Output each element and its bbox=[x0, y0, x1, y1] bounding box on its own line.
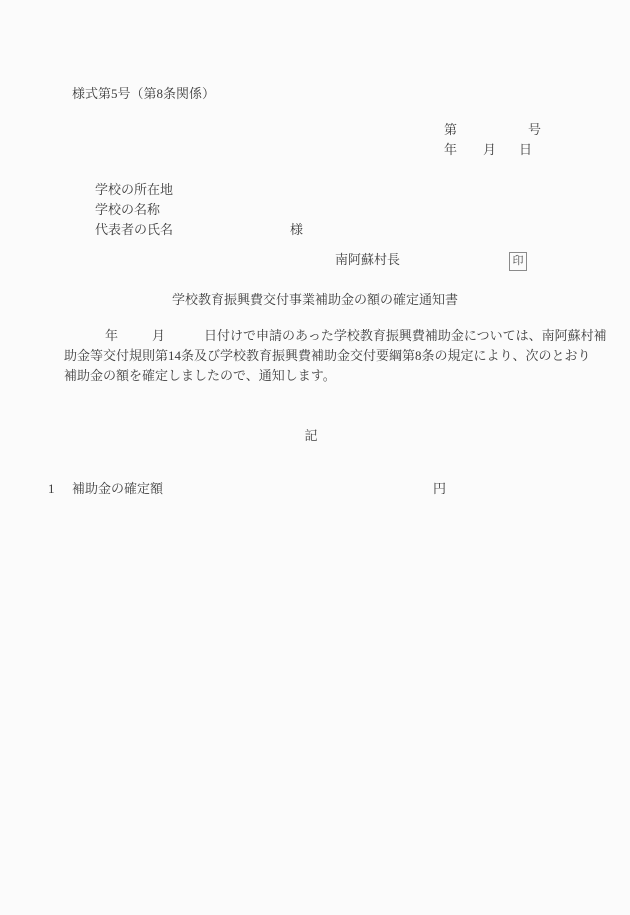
seal-stamp: 印 bbox=[509, 252, 527, 271]
issue-date-month-label: 月 bbox=[483, 142, 496, 157]
doc-number-prefix: 第 bbox=[444, 122, 457, 137]
seal-label: 印 bbox=[513, 256, 524, 267]
issue-date-day-blank bbox=[496, 153, 519, 154]
item-number: 1 bbox=[48, 481, 55, 496]
sender-title: 南阿蘇村長 bbox=[335, 252, 400, 267]
body-date-day-label: 日 bbox=[204, 328, 217, 343]
body-line-1: 年月日付けで申請のあった学校教育振興費補助金については、南阿蘇村補 bbox=[64, 326, 607, 346]
body-paragraph: 年月日付けで申請のあった学校教育振興費補助金については、南阿蘇村補 助金等交付規… bbox=[64, 326, 607, 386]
doc-number-suffix: 号 bbox=[528, 122, 541, 137]
school-name-label: 学校の名称 bbox=[95, 202, 160, 217]
school-address-label: 学校の所在地 bbox=[95, 182, 173, 197]
body-date-year-label: 年 bbox=[105, 328, 118, 343]
issue-date-year-label: 年 bbox=[444, 142, 457, 157]
item-unit: 円 bbox=[433, 481, 446, 496]
body-date-month-label: 月 bbox=[152, 328, 165, 343]
form-number: 様式第5号（第8条関係） bbox=[72, 86, 215, 101]
body-date-year-blank bbox=[118, 339, 152, 340]
doc-number-blank bbox=[457, 133, 528, 134]
list-separator: 記 bbox=[0, 428, 622, 443]
doc-number-line: 第号 bbox=[444, 122, 541, 137]
body-line-3: 補助金の額を確定しましたので、通知します。 bbox=[64, 366, 607, 386]
document-page: 様式第5号（第8条関係） 第号 年月日 学校の所在地 学校の名称 代表者の氏名 … bbox=[0, 0, 630, 915]
issue-date-year-blank bbox=[457, 153, 483, 154]
issue-date-line: 年月日 bbox=[444, 142, 532, 157]
honorific-label: 様 bbox=[290, 222, 303, 237]
body-line-1-text: 付けで申請のあった学校教育振興費補助金については、南阿蘇村補 bbox=[217, 328, 607, 343]
representative-name-label: 代表者の氏名 bbox=[95, 222, 173, 237]
issue-date-day-label: 日 bbox=[519, 142, 532, 157]
body-line-2: 助金等交付規則第14条及び学校教育振興費補助金交付要綱第8条の規定により、次のと… bbox=[64, 346, 607, 366]
document-title: 学校教育振興費交付事業補助金の額の確定通知書 bbox=[0, 292, 630, 307]
item-label: 補助金の確定額 bbox=[72, 481, 163, 496]
body-date-month-blank bbox=[165, 339, 204, 340]
body-indent-blank bbox=[64, 339, 105, 340]
